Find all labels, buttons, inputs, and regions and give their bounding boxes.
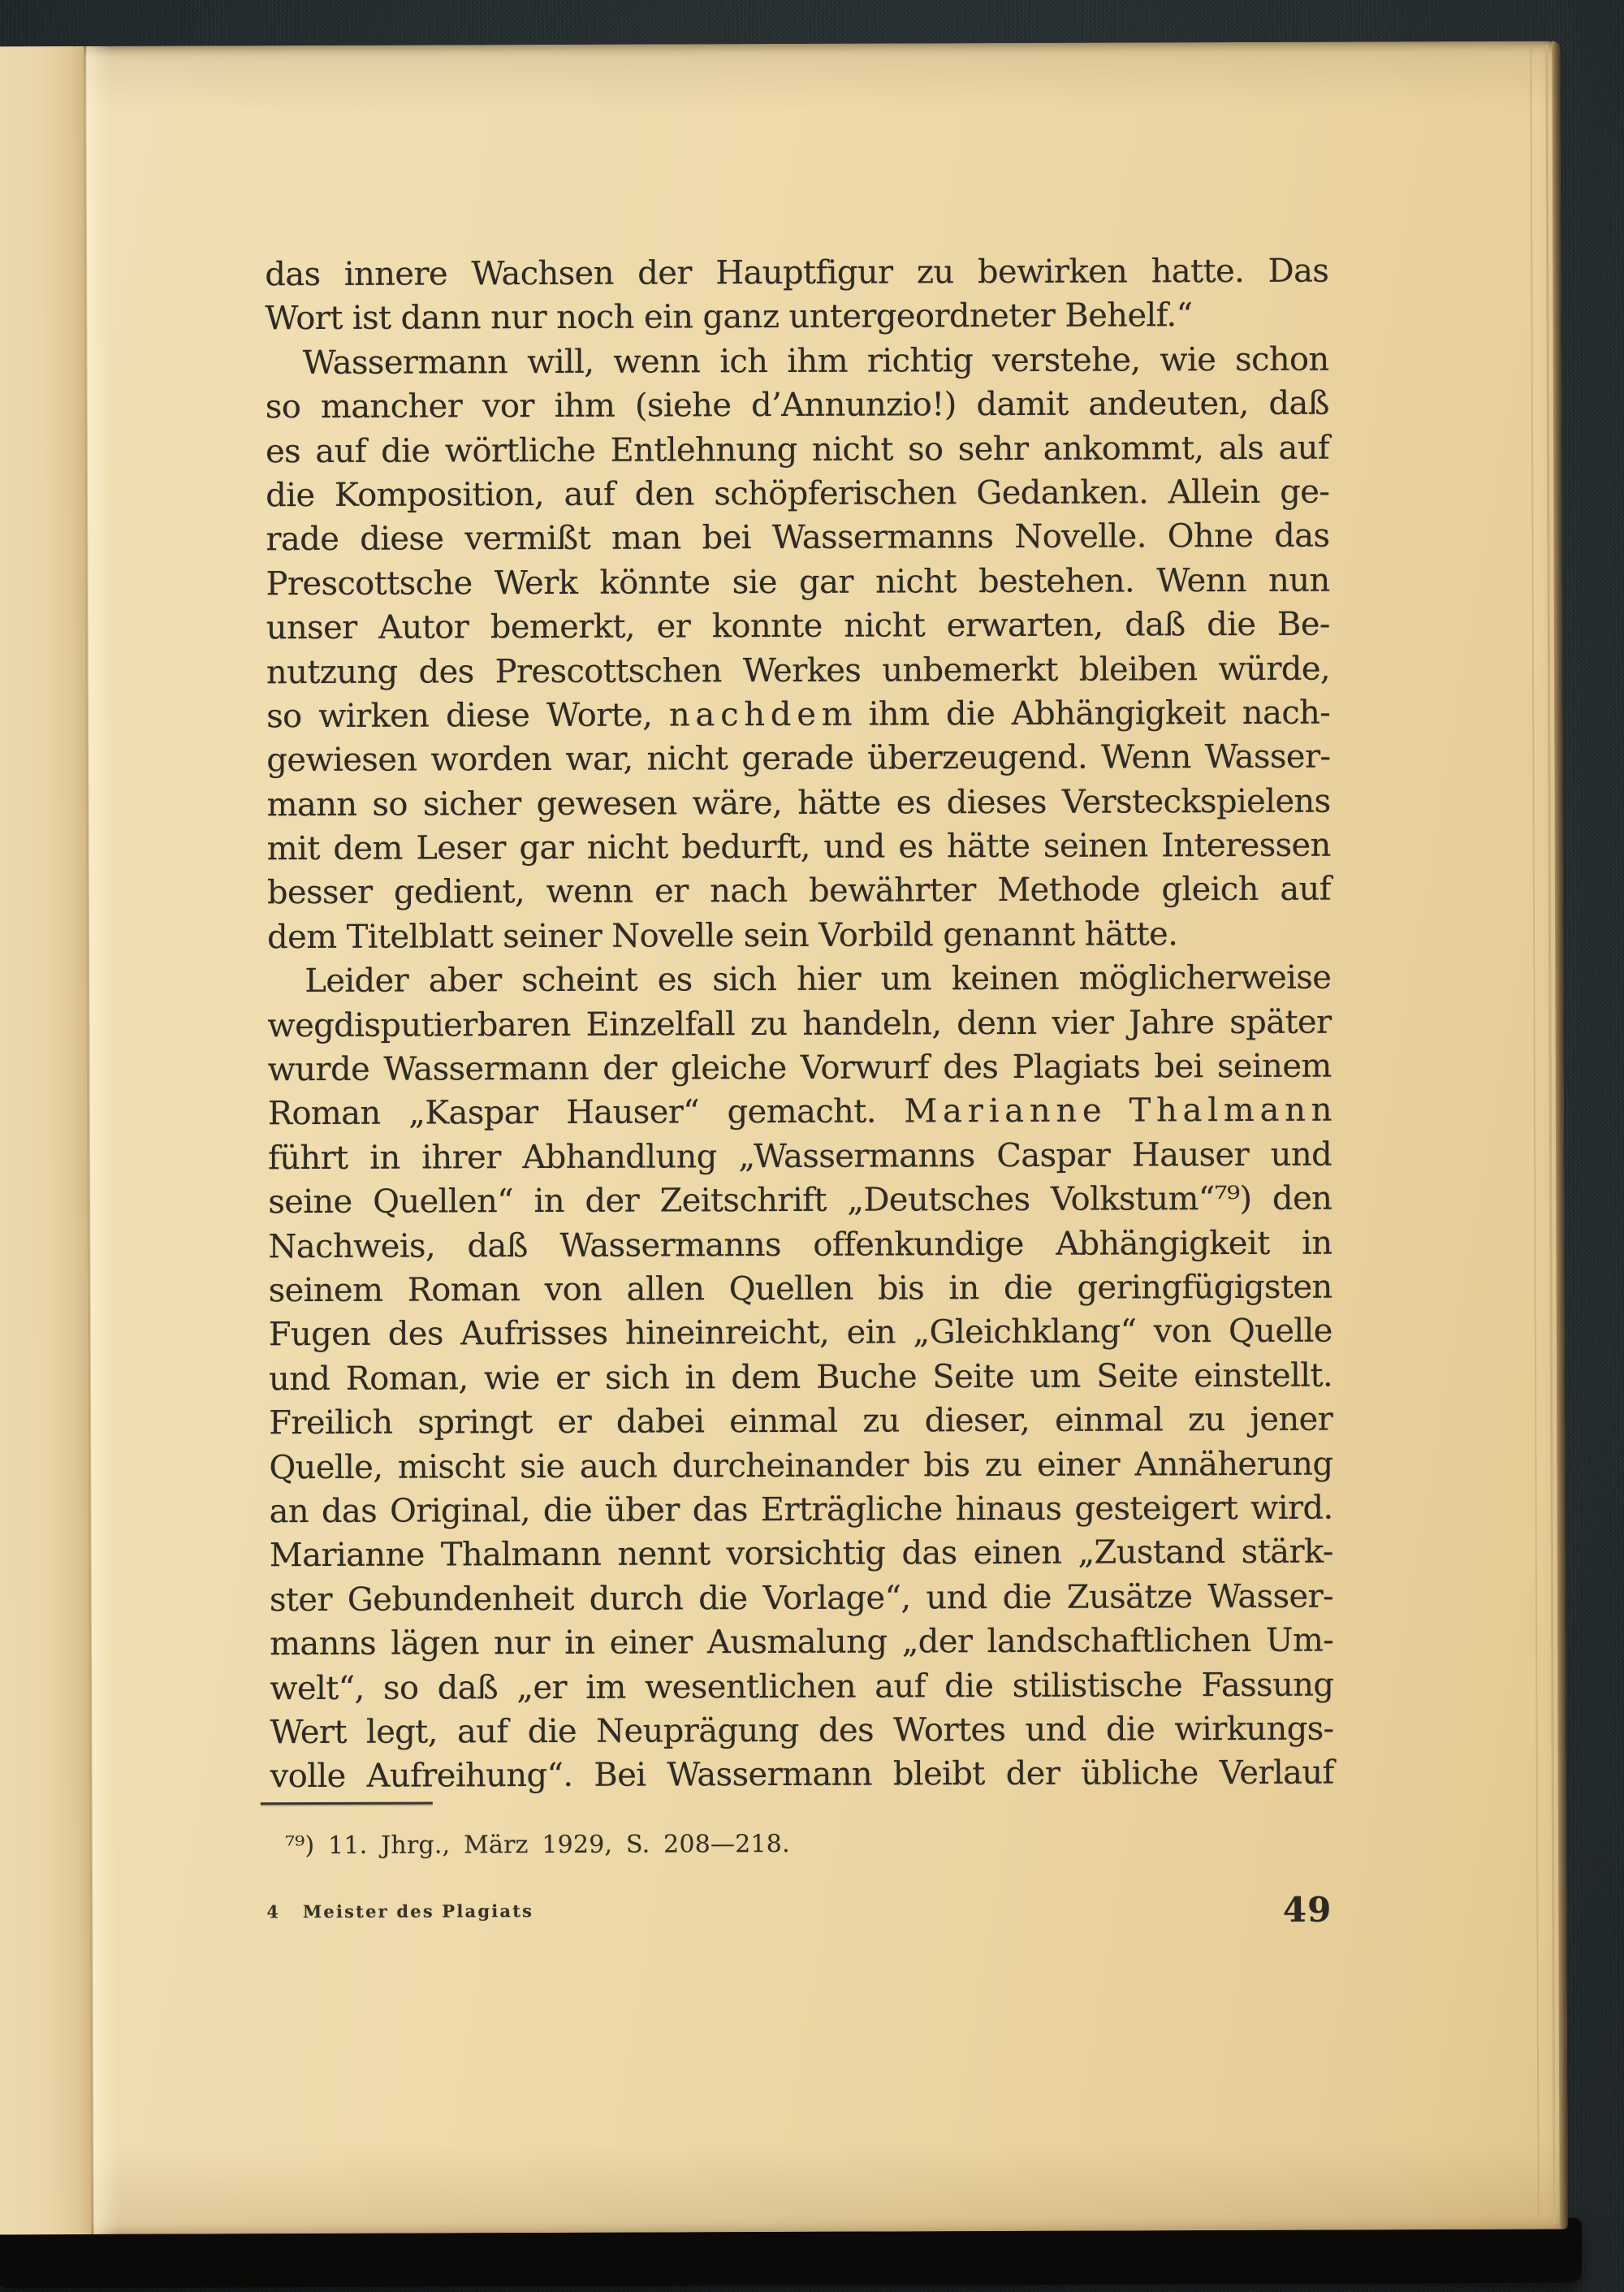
page-number: 49 [1283,1892,1332,1928]
text-line: nutzung des Prescottschen Werkes unbemer… [266,647,1330,694]
text-line: volle Aufreihung“. Bei Wassermann bleibt… [270,1751,1334,1799]
body-text-block: das innere Wachsen der Hauptfigur zu bew… [265,249,1334,1799]
text-line: seinem Roman von allen Quellen bis in di… [269,1265,1332,1313]
text-line: Leider aber scheint es sich hier um kein… [267,956,1331,1004]
running-title: Meister des Plagiats [303,1901,533,1922]
adjacent-page-edge [0,46,92,2234]
footnote-text: ⁷⁹) 11. Jhrg., März 1929, S. 208—218. [270,1827,1349,1862]
text-line: ster Gebundenheit durch die Vorlage“, un… [270,1574,1333,1622]
text-line: und Roman, wie er sich in dem Buche Seit… [269,1353,1332,1401]
text-line: wegdisputierbaren Einzelfall zu handeln,… [267,1000,1331,1048]
text-line: Quelle, mischt sie auch durcheinander bi… [269,1442,1332,1490]
text-line: Wassermann will, wenn ich ihm richtig ve… [266,337,1329,385]
text-line: Roman „Kaspar Hauser“ gemacht. M a r i a… [268,1088,1332,1136]
page-edge-line-inner [1530,50,1539,2216]
text-line: die Komposition, auf den schöpferischen … [266,470,1329,518]
text-line: so mancher vor ihm (siehe d’Annunzio!) d… [266,382,1329,430]
text-line: rade diese vermißt man bei Wassermanns N… [266,514,1329,562]
text-line: manns lägen nur in einer Ausmalung „der … [270,1619,1333,1667]
text-line: dem Titelblatt seiner Novelle sein Vorbi… [267,911,1331,959]
text-line: mann so sicher gewesen wäre, hätte es di… [266,779,1330,827]
running-footer: 4Meister des Plagiats [266,1900,533,1923]
text-line: mit dem Leser gar nicht bedurft, und es … [267,824,1331,871]
text-line: Wert legt, auf die Neuprägung des Wortes… [270,1707,1333,1755]
text-line: wurde Wassermann der gleiche Vorwurf des… [268,1044,1332,1092]
text-line: so wirken diese Worte, n a c h d e m ihm… [266,691,1330,739]
text-line: Marianne Thalmann nennt vorsichtig das e… [270,1530,1333,1578]
text-line: Nachweis, daß Wassermanns offenkundige A… [268,1221,1332,1269]
text-line: Wort ist dann nur noch ein ganz untergeo… [265,293,1328,341]
text-line: es auf die wörtliche Entlehnung nicht so… [266,426,1329,474]
book-page: das innere Wachsen der Hauptfigur zu bew… [0,41,1568,2235]
text-line: besser gedient, wenn er nach bewährter M… [267,867,1331,915]
text-line: an das Original, die über das Erträglich… [270,1486,1333,1534]
text-line: Fugen des Aufrisses hineinreicht, ein „G… [269,1309,1332,1357]
text-line: welt“, so daß „er im wesentlichen auf di… [270,1663,1333,1710]
footnote-rule [261,1801,433,1805]
text-line: unser Autor bemerkt, er konnte nicht erw… [266,603,1330,651]
text-line: Freilich springt er dabei einmal zu dies… [269,1398,1332,1446]
text-line: gewiesen worden war, nicht gerade überze… [266,735,1330,783]
text-line: führt in ihrer Abhandlung „Wassermanns C… [268,1132,1332,1180]
text-line: das innere Wachsen der Hauptfigur zu bew… [265,249,1328,297]
signature-number: 4 [266,1901,279,1922]
text-line: seine Quellen“ in der Zeitschrift „Deuts… [268,1177,1332,1225]
text-line: Prescottsche Werk könnte sie gar nicht b… [266,558,1330,606]
